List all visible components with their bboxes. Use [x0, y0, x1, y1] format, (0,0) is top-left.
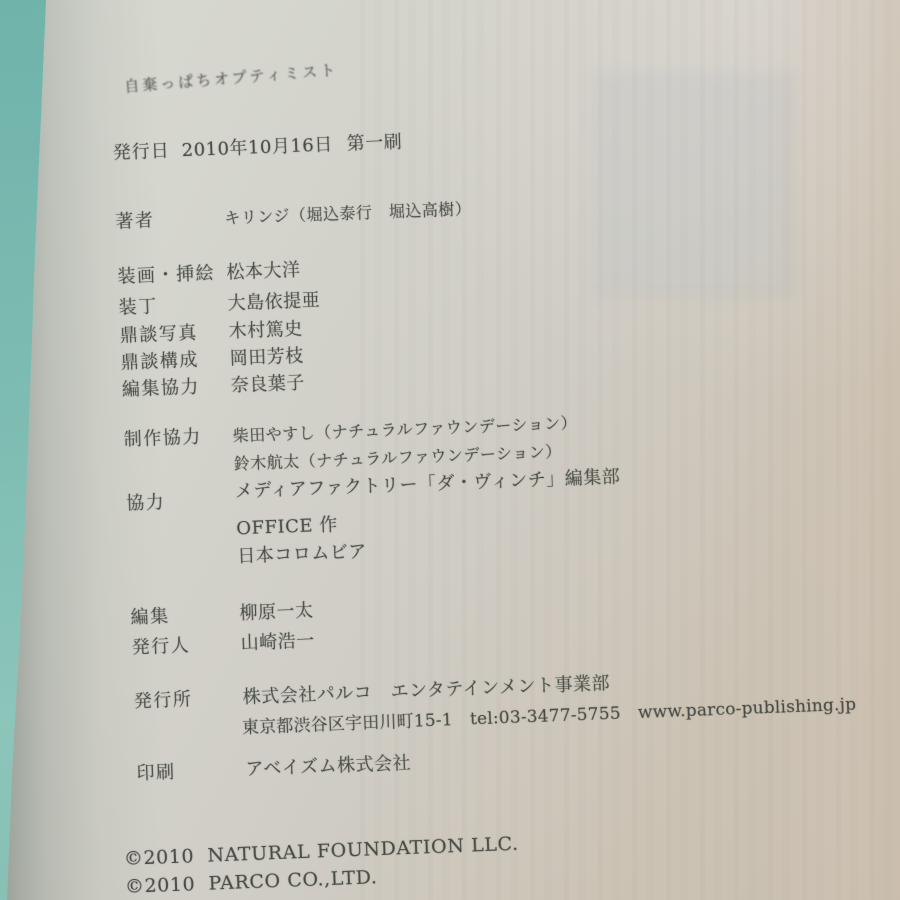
credit-label: 発行所	[133, 683, 243, 713]
credit-label: 印刷	[136, 755, 246, 785]
credit-label: 編集	[130, 599, 240, 629]
credit-label: 制作協力	[123, 421, 233, 451]
credit-row-author: 著者キリンジ（堀込泰行 堀込高樹）	[115, 194, 472, 234]
credit-value: キリンジ（堀込泰行 堀込高樹）	[224, 199, 472, 227]
credit-label: 協力	[126, 485, 236, 515]
credit-value: 奈良葉子	[230, 373, 305, 397]
credit-label: 装丁	[118, 289, 228, 319]
credit-row-illustration: 装画・挿絵松本大洋	[117, 256, 301, 289]
credit-value: 山崎浩一	[240, 630, 315, 654]
credit-row-publisher-person: 発行人山崎浩一	[131, 626, 315, 659]
publication-label: 発行日	[112, 136, 182, 165]
publication-edition: 第一刷	[346, 132, 402, 155]
credit-value: 大島依提亜	[227, 290, 320, 315]
book-title: 自棄っぱちオプティミスト	[123, 59, 338, 97]
credit-label: 鼎談構成	[120, 344, 230, 374]
credit-label: 装画・挿絵	[117, 259, 227, 289]
copyright-line: ©2010 NATURAL FOUNDATION LLC.	[123, 833, 519, 870]
credit-label: 著者	[115, 204, 225, 234]
credit-value: OFFICE 作	[236, 510, 338, 540]
colophon-text: 自棄っぱちオプティミスト 発行日2010年10月16日第一刷 著者キリンジ（堀込…	[0, 0, 900, 900]
credit-value: 松本大洋	[226, 260, 301, 284]
credit-row-printer: 印刷アベイズム株式会社	[136, 749, 411, 786]
credit-value: 柳原一太	[239, 600, 314, 624]
publication-date: 2010年10月16日	[181, 134, 333, 161]
credit-label: 編集協力	[121, 371, 231, 401]
copyright-line: ©2010 PARCO CO.,LTD.	[125, 866, 378, 898]
credit-value: アベイズム株式会社	[245, 753, 411, 780]
credit-value: 日本コロムビア	[237, 537, 367, 568]
credit-value: 岡田芳枝	[229, 346, 304, 370]
credit-row-editor: 編集柳原一太	[130, 596, 314, 629]
credit-row-editcoop: 編集協力奈良葉子	[121, 369, 305, 402]
credit-value: 木村篤史	[228, 319, 303, 343]
credit-label: 発行人	[131, 629, 241, 659]
credit-label: 鼎談写真	[119, 317, 229, 347]
publication-row: 発行日2010年10月16日第一刷	[112, 128, 402, 165]
credit-row-cooperation: 協力	[126, 485, 236, 515]
colophon-page: 自棄っぱちオプティミスト 発行日2010年10月16日第一刷 著者キリンジ（堀込…	[0, 0, 900, 900]
book-photo: 自棄っぱちオプティミスト 発行日2010年10月16日第一刷 著者キリンジ（堀込…	[0, 0, 900, 900]
